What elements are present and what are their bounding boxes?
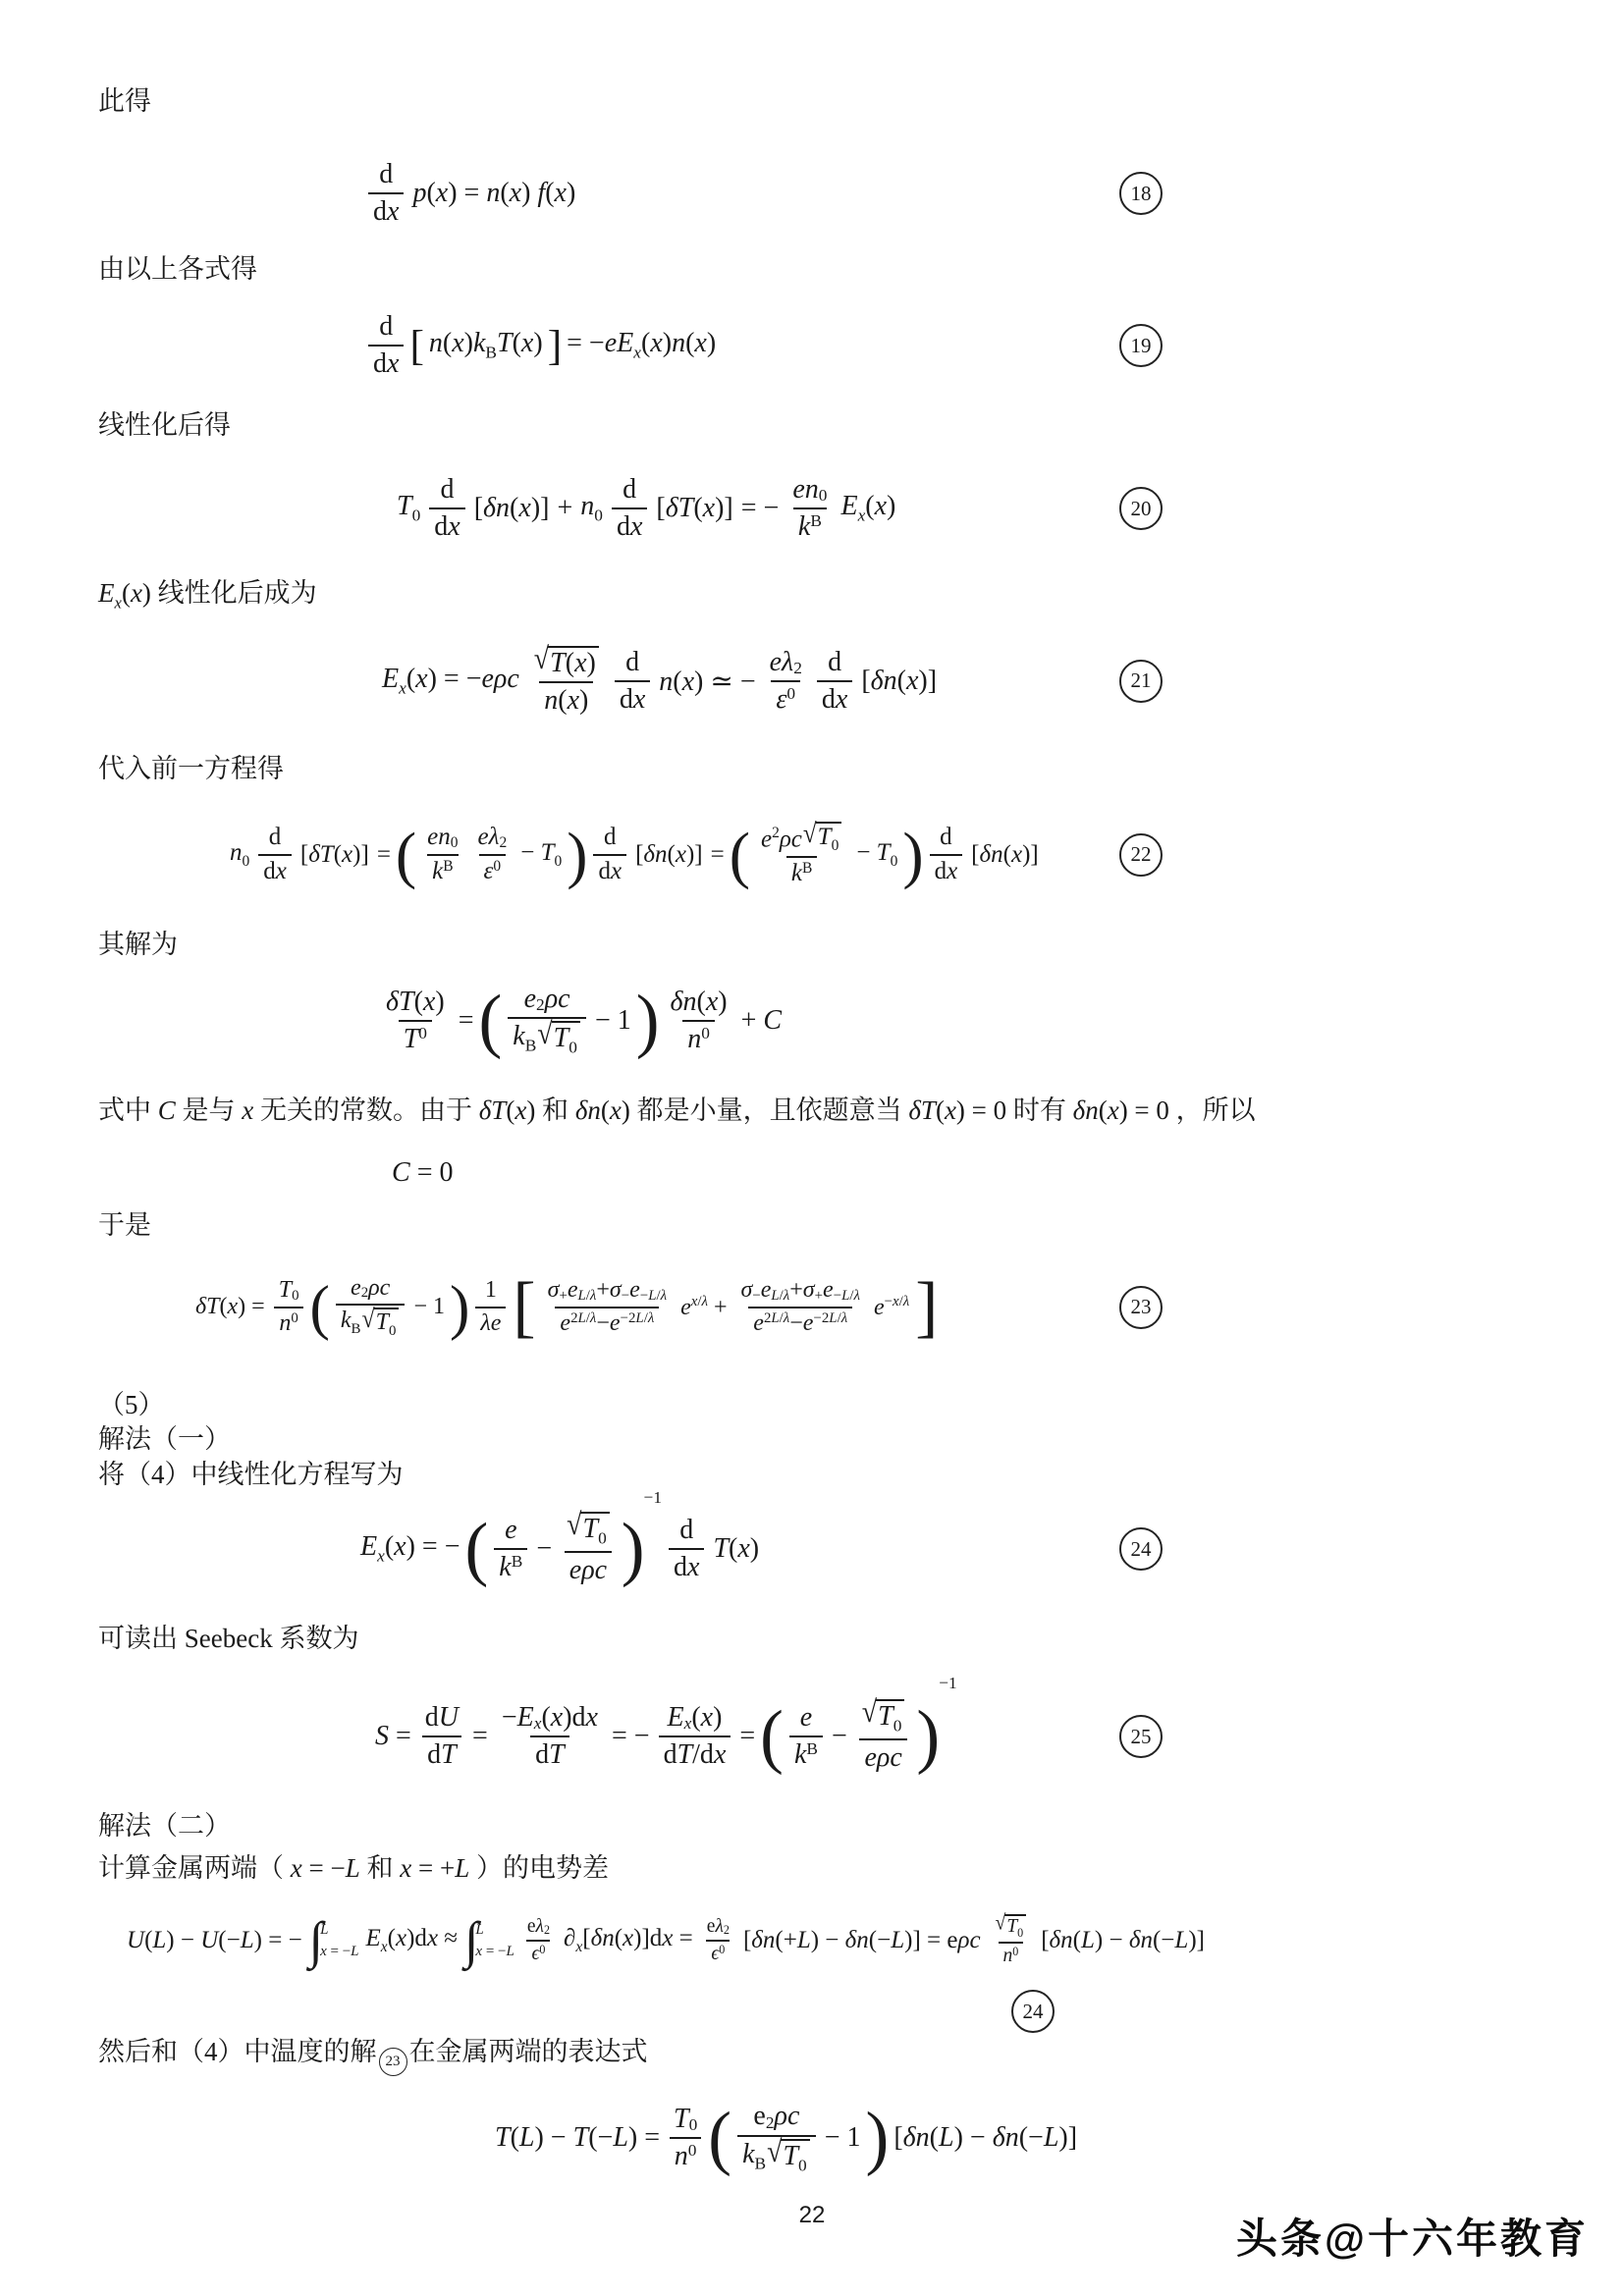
formula-fragment: δT(x) =: [195, 1294, 265, 1320]
equation-badge-22: 22: [1119, 833, 1163, 877]
numerator: σ−eL/λ + σ+e−L/λ: [735, 1277, 864, 1307]
equation-badge-21: 21: [1119, 660, 1163, 703]
radical-icon: √: [862, 1698, 877, 1729]
formula-fragment: [δn(x)]: [971, 841, 1039, 869]
formula-fragment: S =: [375, 1721, 411, 1752]
formula-fragment: U(L) − U(−L) = −: [127, 1927, 302, 1954]
numerator: eλ2: [765, 647, 807, 680]
formula-fragment: [δn(x)]: [474, 493, 550, 524]
document-page: 此得 d dx p(x) = n(x) f(x) 18 由以上各式得 d dx …: [0, 0, 1624, 2296]
fraction-e-kB: e kB: [789, 1702, 823, 1771]
text-compute: 计算金属两端（ x = −L 和 x = +L ）的电势差: [98, 1853, 1526, 1884]
numerator: eλ2: [702, 1916, 734, 1940]
formula-fragment: ex/λ +: [680, 1294, 727, 1321]
badge-number: 22: [1131, 842, 1152, 867]
equals-minus: = −: [612, 1721, 650, 1752]
badge-number: 24: [1023, 2000, 1044, 2024]
equation-24: Ex(x) = − ( e kB − √ T0 eρc ) −1 d dx T(…: [98, 1494, 1526, 1604]
text-then: 然后和（4）中温度的解23在金属两端的表达式: [98, 2037, 1526, 2076]
watermark: 头条@十六年教育: [1236, 2207, 1589, 2266]
formula-fragment: e2ρc: [761, 825, 802, 854]
numerator: d: [675, 1515, 698, 1548]
minus-one: − 1: [595, 1005, 631, 1037]
denominator: dT: [422, 1735, 461, 1771]
numerator: √ T(x): [528, 646, 605, 681]
denominator: e2L/λ − e−2L/λ: [748, 1307, 852, 1338]
denominator: eρc: [859, 1738, 906, 1774]
numerator: √ T0: [856, 1699, 911, 1738]
denominator: kB: [494, 1548, 527, 1583]
denominator: dx: [615, 680, 650, 716]
numerator: eλ2: [522, 1916, 555, 1940]
equals-sign: =: [711, 841, 725, 869]
minus-operator: −: [536, 1533, 552, 1565]
badge-number: 24: [1131, 1537, 1152, 1562]
denominator: kB: [793, 507, 827, 543]
formula-fragment: [δn(x)]: [861, 666, 937, 697]
numerator: en0: [787, 474, 832, 507]
text-substitute: 代入前一方程得: [98, 754, 1526, 784]
equation-21: Ex(x) = −eρc √ T(x) n(x) d dx n(x) ≃ − e…: [98, 622, 1526, 740]
fraction-e2rc-kBsqrtT0: e2ρc kB √ T0: [508, 984, 586, 1058]
fraction-sigma-2: σ−eL/λ + σ+e−L/λ e2L/λ − e−2L/λ: [735, 1277, 864, 1337]
formula-fragment: kB: [341, 1308, 361, 1338]
denominator: n0: [670, 2137, 702, 2172]
denominator: λe: [475, 1307, 506, 1338]
equation-20: T0 d dx [δn(x)] + n0 d dx [δT(x)] = − en…: [98, 451, 1526, 566]
numerator: T0: [669, 2104, 702, 2137]
denominator: kB: [786, 856, 817, 888]
integral-limits: L x = −L: [475, 1923, 514, 1959]
formula-fragment: [δn(L) − δn(−L)]: [1041, 1927, 1205, 1954]
badge-number: 18: [1131, 182, 1152, 206]
denominator: dT/dx: [659, 1735, 731, 1771]
denominator: ε0: [771, 680, 800, 716]
formula-fragment: T(L) − T(−L) =: [495, 2122, 660, 2154]
equation-badge-18: 18: [1119, 172, 1163, 215]
equals-sign: =: [739, 1721, 755, 1752]
plus-C: + C: [741, 1005, 782, 1037]
numerator: e2ρc: [346, 1275, 395, 1305]
numerator: eλ2: [473, 824, 513, 854]
square-root: √ T0: [767, 2139, 810, 2176]
denominator: dx: [368, 192, 404, 228]
fraction-T0-n0: T0 n0: [669, 2104, 702, 2172]
formula-fragment: n0: [230, 839, 249, 871]
numerator: dU: [420, 1702, 463, 1735]
denominator: n0: [999, 1942, 1024, 1967]
equation-potential-difference: U(L) − U(−L) = − ∫ L x = −L Ex(x)dx ≈ ∫ …: [98, 1894, 1526, 1988]
numerator: δn(x): [666, 987, 732, 1020]
numerator: e2ρc: [748, 2101, 804, 2134]
text-linearize: 线性化后得: [98, 410, 1526, 441]
radicand: T0: [781, 2139, 809, 2176]
text-seebeck: 可读出 Seebeck 系数为: [98, 1624, 1526, 1654]
fraction-sqrtT-n: √ T(x) n(x): [528, 646, 605, 717]
numerator: d: [374, 311, 398, 345]
equation-badge-19: 19: [1119, 324, 1163, 367]
denominator: kB: [427, 854, 458, 886]
fraction-ddx: d dx: [930, 824, 963, 886]
equation-badge-24-row: 24: [98, 1990, 1526, 2033]
denominator: dx: [368, 345, 404, 380]
square-root: √ T(x): [534, 646, 599, 679]
text-constline: 式中 C 是与 x 无关的常数。由于 δT(x) 和 δn(x) 都是小量，且依…: [98, 1095, 1526, 1126]
equals-minus: = −: [741, 493, 780, 524]
formula-fragment: Ex(x): [840, 491, 895, 526]
numerator: d: [264, 824, 287, 854]
fraction-Ex-dTdx: Ex(x) dT/dx: [659, 1702, 731, 1771]
fraction-e2rc-sqrtT0-kB: e2ρc √ T0 kB: [756, 822, 847, 889]
formula-fragment: Ex(x) = −: [360, 1531, 460, 1567]
text-cide: 此得: [98, 86, 1526, 117]
fraction-ddx: d dx: [615, 647, 650, 716]
denominator: n0: [682, 1020, 715, 1055]
denominator: T0: [399, 1020, 432, 1055]
exponent-neg1: −1: [644, 1488, 662, 1508]
formula-fragment: n0: [580, 491, 603, 526]
fraction-elambda2-eps0: eλ2 ε0: [473, 824, 513, 886]
minus-one: − 1: [825, 2122, 861, 2154]
numerator: −Ex(x)dx: [497, 1702, 603, 1735]
fraction-sqrtT0-erc: √ T0 eρc: [561, 1512, 616, 1586]
integral: ∫ L x = −L: [309, 1918, 359, 1964]
fraction-ddx: d dx: [593, 824, 626, 886]
formula-fragment: kB: [742, 2139, 766, 2174]
denominator: n0: [274, 1307, 302, 1338]
radical-icon: √: [996, 1912, 1006, 1934]
text-method-2: 解法（二）: [98, 1811, 1526, 1842]
formula-fragment: [δT(x)]: [656, 493, 732, 524]
numerator: √ T0: [990, 1914, 1033, 1943]
denominator: dx: [930, 854, 963, 886]
numerator: d: [621, 647, 644, 680]
radicand: T(x): [548, 646, 599, 679]
radicand: T0: [552, 1021, 580, 1058]
square-root: √ T0: [803, 822, 841, 855]
formula-fragment: p(x) = n(x) f(x): [412, 178, 575, 209]
denominator: dx: [258, 854, 292, 886]
numerator: d: [823, 647, 846, 680]
fraction-e-kB: e kB: [494, 1515, 527, 1583]
square-root: √ T0: [537, 1021, 580, 1058]
numerator: δT(x): [381, 987, 450, 1020]
equation-23: δT(x) = T0 n0 ( e2ρc kB √ T0 − 1 ) 1 λe …: [98, 1247, 1526, 1368]
radicand: T0: [876, 1699, 904, 1736]
formula-fragment: [δn(x)]: [635, 841, 703, 869]
denominator: dx: [429, 507, 464, 543]
badge-number: 21: [1131, 668, 1152, 693]
numerator: en0: [422, 824, 462, 854]
formula-fragment: T0: [397, 491, 420, 526]
equation-25: S = dU dT = −Ex(x)dx dT = − Ex(x) dT/dx …: [98, 1680, 1526, 1793]
equals-sign: =: [377, 841, 391, 869]
radicand: T0: [374, 1308, 400, 1340]
denominator: kB: [789, 1735, 823, 1771]
lower-limit: x = −L: [320, 1945, 358, 1959]
fraction-sqrtT0-erc: √ T0 eρc: [856, 1699, 911, 1774]
fraction-en0-kB: en0 kB: [787, 474, 832, 543]
square-root: √ T0: [862, 1699, 905, 1736]
formula-fragment: Ex(x)dx ≈: [366, 1925, 459, 1956]
fraction-dnx-n0: δn(x) n0: [666, 987, 732, 1055]
badge-number: 20: [1131, 497, 1152, 521]
lower-limit: x = −L: [475, 1945, 514, 1959]
badge-number: 25: [1131, 1725, 1152, 1749]
fraction-dTx-T0: δT(x) T0: [381, 987, 450, 1055]
fraction-ddx: d dx: [612, 474, 647, 543]
exponent-neg1: −1: [939, 1674, 956, 1693]
fraction-ddx: d dx: [429, 474, 464, 543]
denominator: kB √ T0: [508, 1017, 586, 1058]
equation-solution: δT(x) T0 = ( e2ρc kB √ T0 − 1 ) δn(x) n0…: [98, 962, 1526, 1080]
denominator: eρc: [565, 1551, 612, 1586]
formula-fragment: T(x): [713, 1533, 759, 1565]
minus-T0: − T0: [520, 839, 562, 871]
equation-badge-25: 25: [1119, 1715, 1163, 1758]
denominator: e2L/λ − e−2L/λ: [555, 1307, 659, 1338]
denominator: ϵ0: [526, 1940, 550, 1965]
radical-icon: √: [767, 2137, 782, 2167]
formula-fragment: [δn(+L) − δn(−L)] = eρc: [743, 1927, 981, 1954]
numerator: T0: [274, 1277, 304, 1307]
equation-badge-24: 24: [1119, 1527, 1163, 1571]
numerator: e2ρc: [519, 984, 575, 1017]
denominator: n(x): [539, 681, 593, 717]
formula-fragment: n(x)kBT(x): [429, 328, 543, 363]
text-method-1: 解法（一）: [98, 1424, 1526, 1455]
formula-fragment: e−x/λ: [874, 1294, 909, 1321]
square-root: √ T0: [996, 1914, 1027, 1941]
integral: ∫ L x = −L: [464, 1918, 514, 1964]
text-ex-line: Ex(x) 线性化后成为: [98, 578, 1526, 613]
equation-c0: C = 0: [98, 1153, 1526, 1193]
minus-operator: −: [832, 1721, 847, 1752]
denominator: ϵ0: [706, 1940, 730, 1965]
numerator: e: [500, 1515, 521, 1548]
square-root: √ T0: [361, 1308, 399, 1340]
denominator: kB √ T0: [737, 2135, 816, 2176]
fraction-elambda2-eps0: eλ2 ϵ0: [702, 1916, 734, 1966]
fraction-e2rc-kBsqrtT0: e2ρc kB √ T0: [737, 2101, 816, 2175]
radicand: T0: [816, 822, 842, 855]
numerator: e: [795, 1702, 817, 1735]
denominator: dT: [530, 1735, 569, 1771]
fraction-ddx: d dx: [368, 311, 404, 380]
equation-temperature-difference: T(L) − T(−L) = T0 n0 ( e2ρc kB √ T0 − 1 …: [98, 2080, 1526, 2196]
fraction-sqrtT0-n0: √ T0 n0: [990, 1914, 1033, 1968]
text-section-5: （5）: [98, 1390, 1526, 1420]
formula-fragment: [δT(x)]: [300, 841, 369, 869]
radical-icon: √: [537, 1019, 552, 1049]
fraction-sigma-1: σ+eL/λ + σ−e−L/λ e2L/λ − e−2L/λ: [543, 1277, 672, 1337]
fraction-en0-kB: en0 kB: [422, 824, 462, 886]
equation-badge-20: 20: [1119, 487, 1163, 530]
denominator: dx: [817, 680, 852, 716]
fraction-ddx: d dx: [368, 159, 404, 228]
formula-fragment: n(x) ≃ −: [659, 665, 755, 698]
equals-sign: =: [459, 1005, 474, 1037]
fraction-ddx: d dx: [258, 824, 292, 886]
denominator: dx: [669, 1548, 704, 1583]
numerator: d: [935, 824, 957, 854]
formula-fragment: ∂x[δn(x)]dx =: [564, 1925, 693, 1956]
numerator: d: [599, 824, 622, 854]
equals-sign: =: [472, 1721, 488, 1752]
fraction-elambda2-eps0: eλ2 ε0: [765, 647, 807, 716]
equation-18: d dx p(x) = n(x) f(x) 18: [98, 146, 1526, 240]
radicand: T0: [1004, 1914, 1026, 1941]
numerator: √ T0: [561, 1512, 616, 1551]
numerator: d: [374, 159, 398, 192]
square-root: √ T0: [567, 1512, 610, 1549]
equation-badge-23: 23: [1119, 1286, 1163, 1329]
formula-fragment: Ex(x) = −eρc: [382, 664, 519, 699]
radical-icon: √: [567, 1511, 581, 1541]
fraction-T0-n0: T0 n0: [274, 1277, 304, 1337]
denominator: dx: [593, 854, 626, 886]
plus-operator: +: [557, 493, 572, 524]
denominator: dx: [612, 507, 647, 543]
formula-fragment: C = 0: [392, 1157, 453, 1189]
radical-icon: √: [361, 1307, 374, 1333]
badge-number: 19: [1131, 334, 1152, 358]
denominator: kB √ T0: [336, 1304, 406, 1340]
upper-limit: L: [320, 1923, 358, 1938]
fraction-1-lambdae: 1 λe: [475, 1277, 506, 1337]
numerator: d: [435, 474, 459, 507]
text-thus: 于是: [98, 1210, 1526, 1241]
equation-badge-24b: 24: [1011, 1990, 1055, 2033]
upper-limit: L: [475, 1923, 514, 1938]
circled-23-icon: 23: [379, 2048, 407, 2076]
integral-limits: L x = −L: [320, 1923, 358, 1959]
numerator: Ex(x): [663, 1702, 728, 1735]
badge-number: 23: [1131, 1295, 1152, 1319]
minus-T0: − T0: [856, 839, 897, 871]
fraction-ddx: d dx: [669, 1515, 704, 1583]
text-solution: 其解为: [98, 930, 1526, 960]
radical-icon: √: [534, 644, 549, 674]
formula-fragment: [δn(L) − δn(−L)]: [893, 2122, 1077, 2154]
text-from-above: 由以上各式得: [98, 254, 1526, 285]
formula-fragment: = −eEx(x)n(x): [567, 328, 716, 363]
denominator: ε0: [479, 854, 507, 886]
fraction-dU-dT: dU dT: [420, 1702, 463, 1771]
fraction-negExdx-dT: −Ex(x)dx dT: [497, 1702, 603, 1771]
fraction-ddx: d dx: [817, 647, 852, 716]
radicand: T0: [580, 1512, 609, 1549]
fraction-e2rc-kBsqrtT0: e2ρc kB √ T0: [336, 1275, 406, 1340]
numerator: e2ρc √ T0: [756, 822, 847, 857]
minus-one: − 1: [413, 1294, 445, 1320]
radical-icon: √: [803, 820, 817, 847]
equation-22: n0 d dx [δT(x)] = ( en0 kB eλ2 ε0 − T0 )…: [98, 792, 1526, 918]
numerator: d: [618, 474, 641, 507]
equation-19: d dx [ n(x)kBT(x) ] = −eEx(x)n(x) 19: [98, 293, 1526, 399]
numerator: 1: [480, 1277, 502, 1307]
numerator: σ+eL/λ + σ−e−L/λ: [543, 1277, 672, 1307]
formula-fragment: kB: [513, 1021, 536, 1056]
text-write-4: 将（4）中线性化方程写为: [98, 1460, 1526, 1490]
fraction-elambda2-eps0: eλ2 ϵ0: [522, 1916, 555, 1966]
